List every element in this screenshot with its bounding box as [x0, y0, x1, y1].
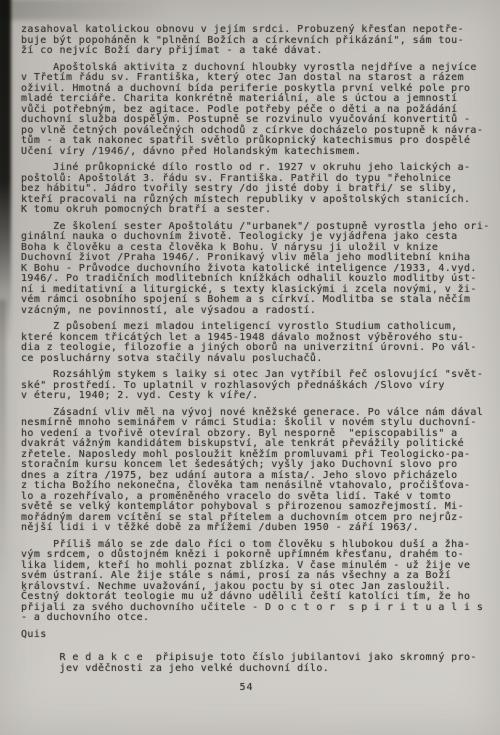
text-line: zasahoval katolickou obnovu v jejím srdc…: [21, 25, 472, 36]
text-line: v Třetím řádu sv. Františka, který otec …: [21, 73, 472, 84]
text-line: 1946/. Po tradičních modlitebních knížká…: [21, 274, 472, 285]
text-line: v éteru, 1940; 2. vyd. Cesty k víře/.: [21, 391, 472, 402]
text-line: svém ústraní. Ale žije stále s námi, pro…: [21, 571, 472, 582]
text-line: z ticha Božího nekonečna, člověka tam ne…: [21, 481, 472, 492]
text-line: vým srdcem, o důstojném knězi i pokorně …: [21, 550, 472, 561]
text-line: Duchovní život /Praha 1946/. Pronikavý v…: [21, 253, 472, 264]
text-line: Rozsáhlým stykem s laiky si otec Jan vyt…: [21, 370, 472, 381]
text-line: tům - a tak nakonec spatřil světlo průko…: [21, 136, 472, 147]
scanned-page: zasahoval katolickou obnovu v jejím srdc…: [0, 0, 500, 735]
paragraph-5: Z působení mezi mladou inteligencí vyros…: [21, 322, 472, 364]
text-line: Čestný doktorát teologie mu už dávno udě…: [21, 592, 472, 603]
text-line: nesmírně mnoho seminářem v rámci Studia:…: [21, 418, 472, 429]
text-line: Quis: [21, 630, 472, 641]
paragraph-7: Zásadní vliv měl na vývoj nové kněžské g…: [21, 408, 472, 534]
text-line: duchovní služba dospělým. Postupně se ro…: [21, 115, 472, 126]
paragraph-8: Příliš málo se zde dalo říci o tom člově…: [21, 540, 472, 624]
page-number: 54: [21, 683, 472, 694]
text-line: Jiné průkopnické dílo rostlo od r. 1927 …: [21, 163, 472, 174]
text-line: ce posluchárny sotva stačily návalu posl…: [21, 354, 472, 365]
text-line: vzácným, ne povinností, ale výsadou a ra…: [21, 306, 472, 317]
text-line: vém rámci osobního spojení s Bohem a s c…: [21, 295, 472, 306]
paragraph-author-signature: Quis: [21, 630, 472, 641]
text-line: Učení víry /1946/, dávno před Holandským…: [21, 147, 472, 158]
text-line: mladé terciáře. Charita konkrétně materi…: [21, 94, 472, 105]
text-line: dvakrát vážným kandidátem biskupství, al…: [21, 439, 472, 450]
paragraph-4: Ze školení sester Apoštolátu /"urbanek"/…: [21, 222, 472, 317]
text-line: nější lidi i v těžké době za mřížemi /du…: [21, 523, 472, 534]
paragraph-6: Rozsáhlým stykem s laiky si otec Jan vyt…: [21, 370, 472, 402]
text-line: R e d a k c e připisuje toto číslo jubil…: [21, 653, 472, 664]
text-line: Z působení mezi mladou inteligencí vyros…: [21, 322, 472, 333]
paragraph-1: zasahoval katolickou obnovu v jejím srdc…: [21, 25, 472, 57]
paragraph-editorial-note: R e d a k c e připisuje toto číslo jubil…: [21, 653, 472, 674]
text-line: dia z teologie, filozofie a jiných oborů…: [21, 343, 472, 354]
text-line: světě se velký kontemplátor pohyboval s …: [21, 502, 472, 513]
text-line: - a duchovního otce.: [21, 613, 472, 624]
document-text: zasahoval katolickou obnovu v jejím srdc…: [0, 0, 500, 694]
text-line: ží co nejvíc Boží dary přijímat - a také…: [21, 46, 472, 57]
text-line: storačním kursu koncem let šedesátých; v…: [21, 460, 472, 471]
text-line: ginální nauka o duchovním životě. Teolog…: [21, 232, 472, 243]
text-line: K tomu okruh pomocných bratří a sester.: [21, 205, 472, 216]
paragraph-2: Apoštolská aktivita z duchovní hloubky v…: [21, 63, 472, 158]
text-line: jev vděčnosti za jeho velké duchovní díl…: [21, 664, 472, 675]
paragraph-3: Jiné průkopnické dílo rostlo od r. 1927 …: [21, 163, 472, 216]
text-line: bez hábitu". Jádro tvořily sestry /do ji…: [21, 184, 472, 195]
